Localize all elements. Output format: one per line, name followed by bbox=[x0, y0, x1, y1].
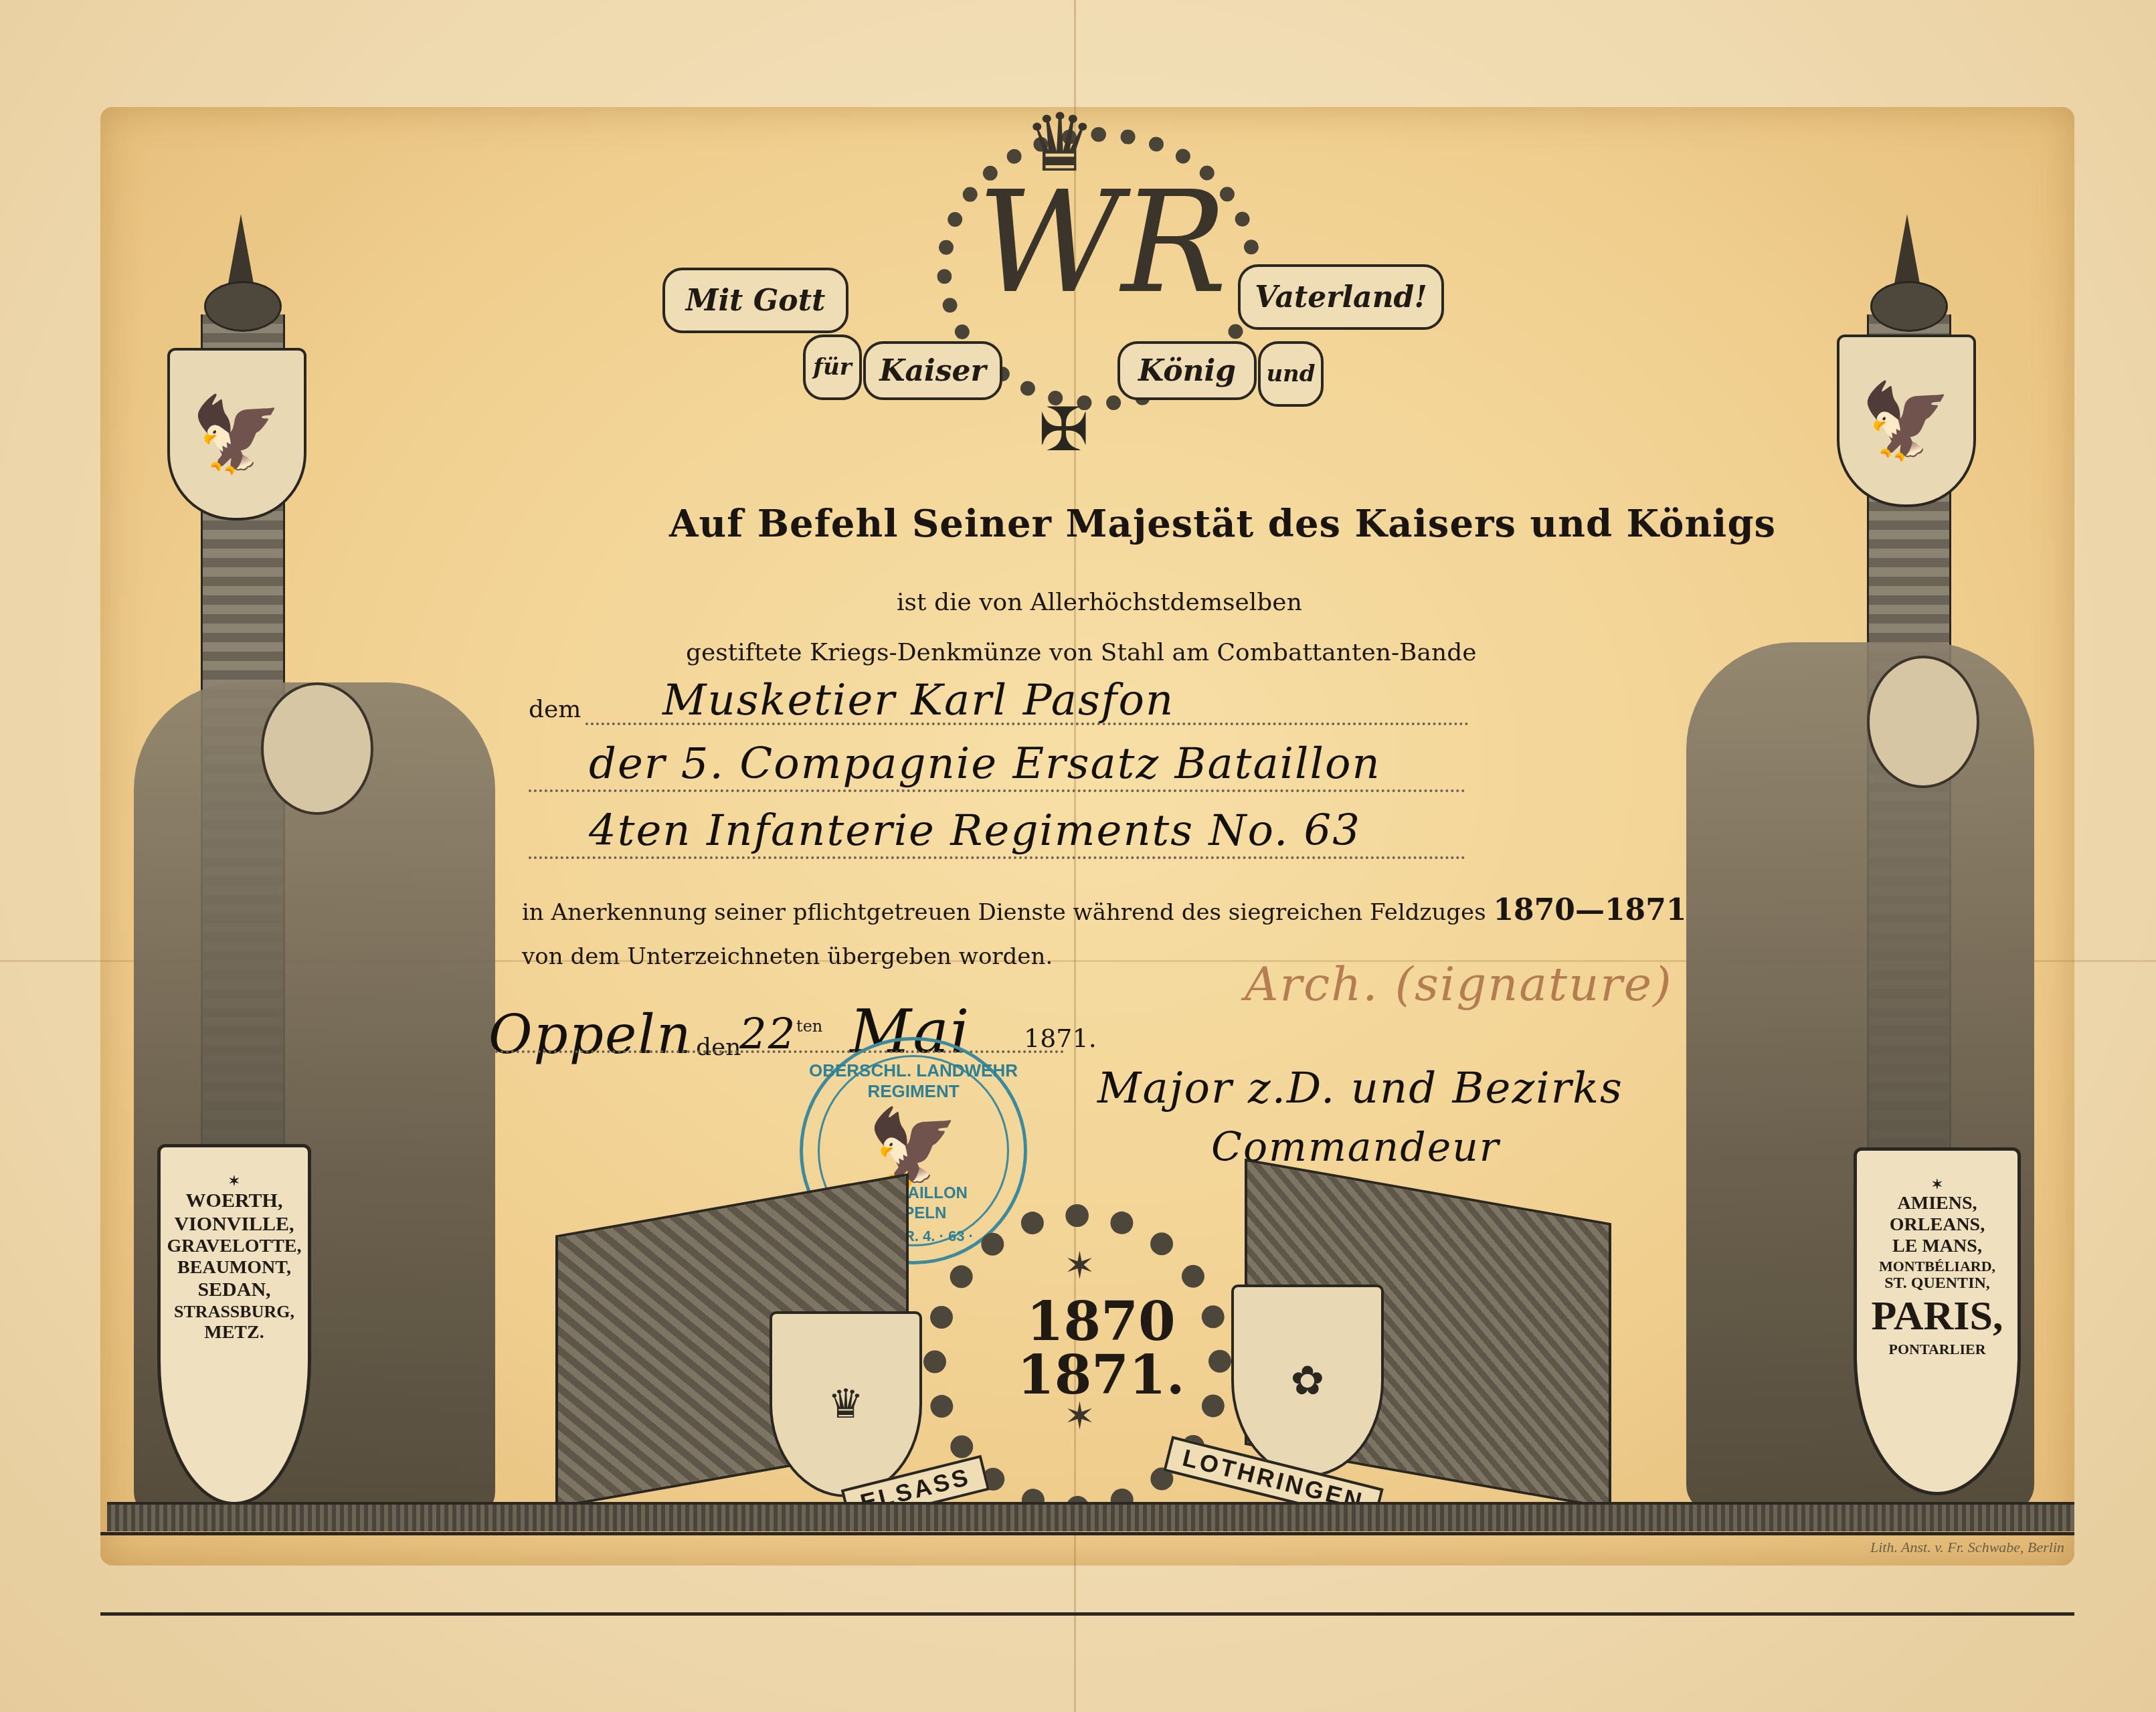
left-figure-head bbox=[261, 682, 373, 815]
eagle-icon: 🦅 bbox=[1861, 378, 1953, 464]
eagle-icon: 🦅 bbox=[191, 391, 283, 478]
right-eagle-crest: 🦅 bbox=[1837, 335, 1976, 507]
recognition-text: in Anerkennung seiner pflichtgetreuen Di… bbox=[522, 899, 1486, 926]
red-ink-signature: Arch. (signature) bbox=[1245, 957, 1672, 1012]
battle-name: VIONVILLE, bbox=[161, 1213, 308, 1236]
recipient-name-handwritten: Musketier Karl Pasfon bbox=[662, 676, 1174, 725]
battle-name: MONTBÉLIARD, bbox=[1857, 1258, 2017, 1274]
stamp-outer-text-top: OBERSCHL. LANDWEHR REGIMENT bbox=[803, 1060, 1024, 1102]
right-battle-shield: ✶ AMIENS, ORLEANS, LE MANS, MONTBÉLIARD,… bbox=[1854, 1147, 2021, 1495]
battle-name: AMIENS, bbox=[1857, 1193, 2017, 1214]
campaign-years: 1870—1871 bbox=[1494, 893, 1687, 927]
battle-name: GRAVELOTTE, bbox=[161, 1236, 308, 1257]
dotted-line-3 bbox=[529, 856, 1465, 859]
ribbon-text: König bbox=[1138, 354, 1236, 388]
year-1871: 1871. bbox=[1017, 1348, 1185, 1402]
day-suffix: ten bbox=[796, 1017, 822, 1036]
battle-name: LE MANS, bbox=[1857, 1236, 2017, 1257]
ribbon-text: für bbox=[813, 354, 851, 381]
ribbon-text: Mit Gott bbox=[686, 284, 826, 318]
ribbon-kaiser: Kaiser bbox=[863, 341, 1002, 400]
battle-name: PONTARLIER bbox=[1857, 1341, 2017, 1357]
royal-monogram: WR bbox=[977, 161, 1227, 324]
right-figure-head bbox=[1867, 656, 1979, 788]
battle-name: SEDAN, bbox=[161, 1278, 308, 1302]
pedestal-base bbox=[107, 1502, 2074, 1531]
ribbon-text: Vaterland! bbox=[1255, 280, 1427, 314]
left-pillar-knob bbox=[204, 281, 282, 332]
recipient-label: dem bbox=[529, 696, 581, 723]
eagle-icon: 🦅 bbox=[803, 1104, 1024, 1190]
body-line-2: ist die von Allerhöchstdemselben bbox=[897, 589, 1302, 616]
recipient-unit-handwritten: der 5. Compagnie Ersatz Bataillon bbox=[589, 739, 1381, 789]
center-years: 1870 1871. bbox=[1017, 1295, 1185, 1402]
star-icon: ✶ bbox=[161, 1174, 308, 1190]
body-line-3: gestiftete Kriegs-Denkmünze von Stahl am… bbox=[686, 639, 1477, 666]
recognition-line-2: von dem Unterzeichneten übergeben worden… bbox=[522, 943, 1053, 970]
ribbon-fur: für bbox=[803, 335, 862, 400]
recognition-line-1: in Anerkennung seiner pflichtgetreuen Di… bbox=[522, 893, 1686, 927]
border-rule-top bbox=[100, 1532, 2074, 1535]
ribbon-und: und bbox=[1258, 341, 1324, 407]
certificate-title: Auf Befehl Seiner Majestät des Kaisers u… bbox=[669, 502, 1776, 546]
left-coat-of-arms: ♛ bbox=[770, 1311, 922, 1497]
year-printed: 1871. bbox=[1024, 1024, 1097, 1053]
battle-name: WOERTH, bbox=[161, 1190, 308, 1213]
iron-cross-icon: ✠ bbox=[1039, 395, 1089, 465]
right-pillar-knob bbox=[1870, 281, 1948, 332]
right-coat-of-arms: ✿ bbox=[1231, 1285, 1384, 1477]
battle-name: BEAUMONT, bbox=[161, 1257, 308, 1278]
battle-name: STRASSBURG, bbox=[161, 1302, 308, 1322]
dotted-line-2 bbox=[529, 789, 1465, 792]
printer-credit: Lith. Anst. v. Fr. Schwabe, Berlin bbox=[1870, 1539, 2064, 1556]
battle-name: PARIS, bbox=[1857, 1293, 2017, 1340]
battle-name: ORLEANS, bbox=[1857, 1214, 2017, 1236]
battle-name: METZ. bbox=[161, 1322, 308, 1343]
signatory-title-handwritten: Major z.D. und Bezirks bbox=[1097, 1064, 1623, 1113]
star-icon: ✶ bbox=[1064, 1244, 1095, 1288]
border-rule-bottom bbox=[100, 1612, 2074, 1616]
battle-name: ST. QUENTIN, bbox=[1857, 1274, 2017, 1293]
place-handwritten: Oppeln bbox=[488, 1004, 692, 1066]
left-eagle-crest: 🦅 bbox=[167, 348, 306, 520]
ribbon-text: Kaiser bbox=[879, 354, 986, 388]
star-icon: ✶ bbox=[1064, 1395, 1095, 1438]
ribbon-mit-gott: Mit Gott bbox=[662, 268, 848, 333]
ribbon-text: und bbox=[1266, 361, 1315, 387]
year-1870: 1870 bbox=[1017, 1295, 1185, 1348]
dotted-line-date bbox=[495, 1050, 1064, 1053]
date-label: den bbox=[696, 1034, 741, 1061]
left-battle-shield: ✶ WOERTH, VIONVILLE, GRAVELOTTE, BEAUMON… bbox=[157, 1144, 311, 1505]
recipient-regiment-handwritten: 4ten Infanterie Regiments No. 63 bbox=[589, 806, 1361, 856]
ribbon-konig: König bbox=[1117, 341, 1257, 400]
star-icon: ✶ bbox=[1857, 1177, 2017, 1193]
ribbon-vaterland: Vaterland! bbox=[1238, 264, 1444, 330]
